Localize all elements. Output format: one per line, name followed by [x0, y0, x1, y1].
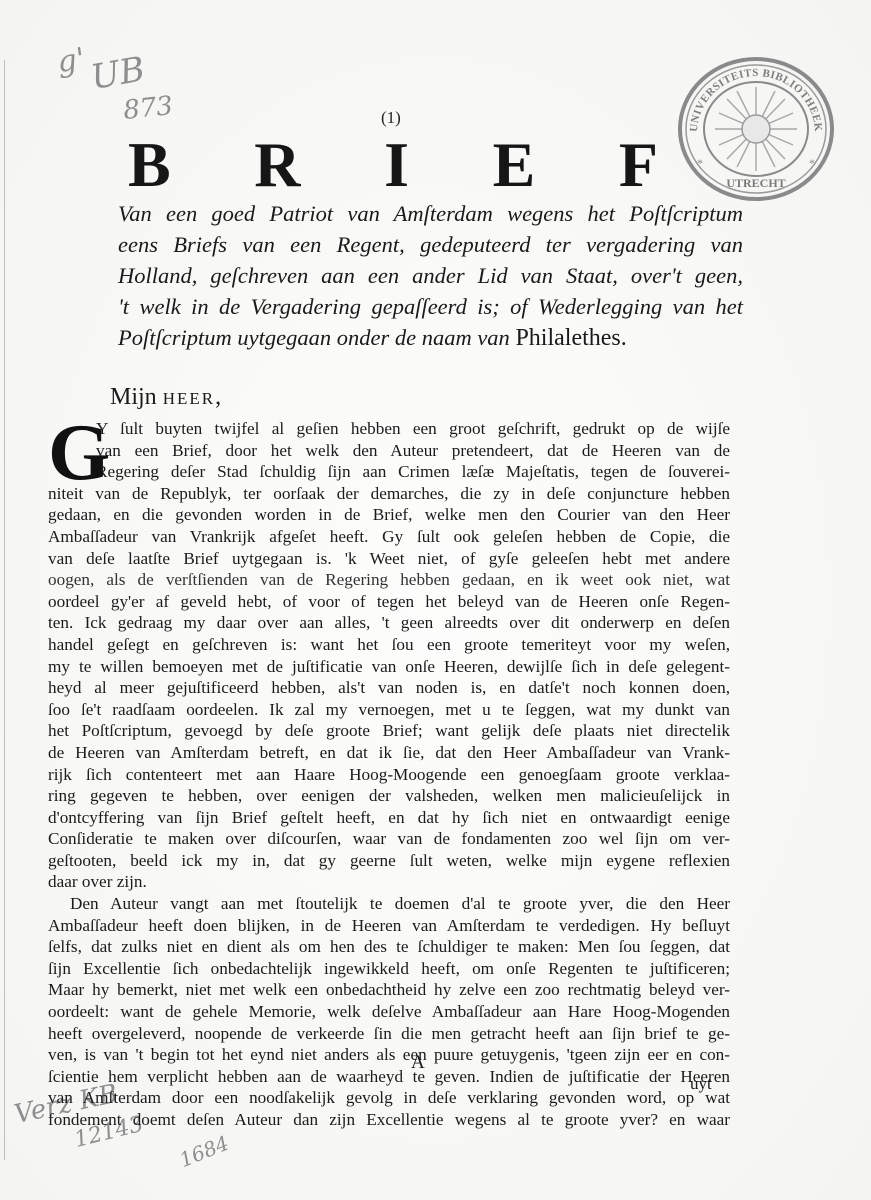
subtitle-line: Poſtſcriptum uytgegaan onder de naam van…: [118, 322, 743, 354]
body-line: Ambaſſadeur van Vrankrijk afgeſet heeft.…: [48, 526, 730, 548]
body-line: heeft overgeleverd, noopende de verkeerd…: [48, 1023, 730, 1045]
salutation-punct: ,: [215, 384, 221, 410]
body-line: heyd al meer gejuſtificeerd hebben, als'…: [48, 677, 730, 699]
salutation: Mijn Heer,: [110, 384, 221, 411]
body-line: ſijn Excellentie ſich onbedachtelijk ing…: [48, 958, 730, 980]
library-stamp-icon: UNIVERSITEITS BIBLIOTHEEK UTRECHT * *: [675, 55, 837, 203]
body-line: ten. Ick gedraag my daar over aan alles,…: [48, 612, 730, 634]
drop-cap: G: [48, 420, 110, 486]
title-letter: R: [254, 128, 300, 202]
document-subtitle: Van een goed Patriot van Amſterdam wegen…: [118, 198, 743, 354]
body-line: handel geſegt en geſchreven is: want het…: [48, 634, 730, 656]
document-title: B R I E F: [128, 128, 658, 202]
title-letter: B: [128, 128, 171, 202]
salutation-first: Mijn: [110, 384, 163, 410]
subtitle-line-text: Poſtſcriptum uytgegaan onder de naam van: [118, 325, 510, 350]
letter-body: G Y ſult buyten twijfel al geſien hebben…: [48, 418, 730, 1131]
subtitle-line: Holland, geſchreven aan een ander Lid va…: [118, 260, 743, 291]
body-line: Regering deſer Stad ſchuldig ſijn aan Cr…: [48, 461, 730, 483]
body-line: Ambaſſadeur heeft doen blijken, in de He…: [48, 915, 730, 937]
handwritten-number: 873: [122, 91, 175, 126]
stamp-city: UTRECHT: [726, 176, 785, 190]
subtitle-line: Van een goed Patriot van Amſterdam wegen…: [118, 198, 743, 229]
body-line: van een Brief, door het welk den Auteur …: [48, 440, 730, 462]
body-line: ſoo ſe't raadſaam oordeelen. Ik zal my v…: [48, 699, 730, 721]
body-line-smudged: oogen, als de verſtſienden van de Regeri…: [48, 569, 730, 591]
body-line: Conſideratie te maken over diſcourſen, w…: [48, 828, 730, 850]
title-letter: F: [619, 128, 658, 202]
body-line: geſtooten, beeld ick my in, dat gy geern…: [48, 850, 730, 872]
body-line: fondement doemt deſen Auteur dan zijn Ex…: [48, 1109, 730, 1131]
body-line: my te willen bemoeyen met de juſtificati…: [48, 656, 730, 678]
body-line: oordeel gy'er af geveld hebt, of voor of…: [48, 591, 730, 613]
body-line: ſelfs, dat zulks niet en dient als om he…: [48, 936, 730, 958]
body-line: rijk ſich contenteert met aan Haare Hoog…: [48, 764, 730, 786]
title-letter: I: [384, 128, 409, 202]
body-line: Y ſult buyten twijfel al geſien hebben e…: [48, 418, 730, 440]
handwritten-year: 1684: [176, 1131, 232, 1172]
body-line: ring gegeven te hebben, over eenigen der…: [48, 785, 730, 807]
body-line: d'ontcyffering van ſijn Brief geſtelt he…: [48, 807, 730, 829]
document-page: g' UB 873 Verz KB 12143 1684 (1) B R I E…: [0, 0, 871, 1200]
catchword: uyt: [690, 1074, 712, 1094]
subtitle-line: 't welk in de Vergadering gepaſſeerd is;…: [118, 291, 743, 322]
page-number: (1): [381, 108, 401, 128]
salutation-smallcaps: Heer: [163, 389, 215, 408]
body-line-paragraph-start: Den Auteur vangt aan met ſtoutelijk te d…: [48, 893, 730, 915]
title-letter: E: [493, 128, 536, 202]
body-line: daar over zijn.: [48, 871, 730, 893]
svg-text:*: *: [809, 156, 815, 170]
body-line: gedaan, en die gevonden worden in de Bri…: [48, 504, 730, 526]
subtitle-pseudonym: Philalethes.: [515, 325, 626, 351]
subtitle-line: eens Briefs van een Regent, gedeputeerd …: [118, 229, 743, 260]
body-line: niteit van de Republyk, ter oorſaak der …: [48, 483, 730, 505]
page-edge-line: [4, 60, 5, 1160]
handwritten-shelfmark: UB: [88, 49, 148, 98]
body-line: Maar hy bemerkt, niet met welk een onbed…: [48, 979, 730, 1001]
svg-text:*: *: [697, 156, 703, 170]
body-line: de Heeren van Amſterdam betreft, en dat …: [48, 742, 730, 764]
body-line: ven, is van 't begin tot het eynd niet a…: [48, 1044, 730, 1066]
body-line: ſcientie hem verplicht hebben aan de waa…: [48, 1066, 730, 1088]
body-line: van deſe laatſte Brief uytgegaan is. 'k …: [48, 548, 730, 570]
body-line: oordeelt: want de gehele Memorie, welk d…: [48, 1001, 730, 1023]
handwritten-mark: g': [55, 42, 87, 80]
body-line: van Amſterdam door een noodſakelijk gevo…: [48, 1087, 730, 1109]
body-line: het Poſtſcriptum, gevoegd by deſe groote…: [48, 720, 730, 742]
signature-mark: A: [411, 1052, 425, 1074]
